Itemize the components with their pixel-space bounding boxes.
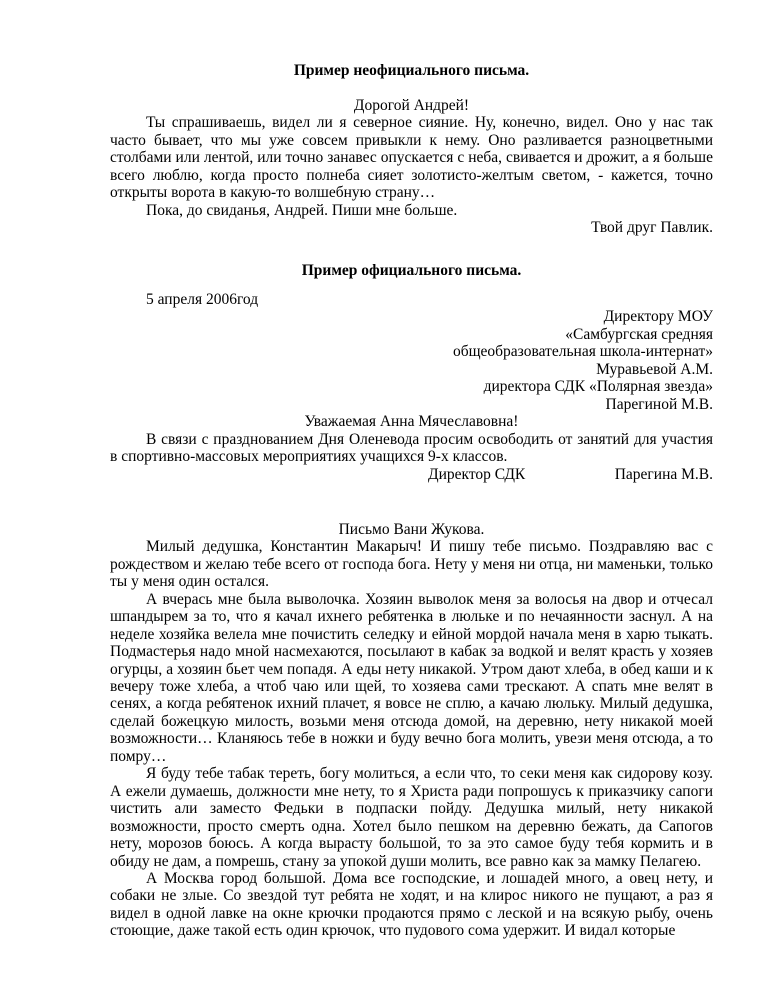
- official-letter-salutation: Уважаемая Анна Мячеславовна!: [110, 413, 713, 430]
- recipient-line: Директору МОУ: [110, 308, 713, 325]
- vanka-letter-paragraph: Я буду тебе табак тереть, богу молиться,…: [110, 765, 713, 870]
- official-letter-section: Пример официального письма. 5 апреля 200…: [110, 262, 713, 483]
- informal-letter-closing: Пока, до свиданья, Андрей. Пиши мне боль…: [110, 202, 713, 219]
- informal-letter-body: Ты спрашиваешь, видел ли я северное сиян…: [110, 114, 713, 201]
- recipient-line: Парегиной М.В.: [110, 396, 713, 413]
- recipient-line: «Самбургская средняя: [110, 326, 713, 343]
- recipient-line: общеобразовательная школа-интернат»: [110, 343, 713, 360]
- informal-letter-signature: Твой друг Павлик.: [110, 219, 713, 236]
- section-spacer: [110, 483, 713, 521]
- signature-position: Директор СДК: [428, 466, 525, 483]
- blank-line: [110, 79, 713, 96]
- informal-letter-salutation: Дорогой Андрей!: [110, 97, 713, 114]
- vanka-letter-section: Письмо Вани Жукова. Милый дедушка, Конст…: [110, 521, 713, 940]
- official-letter-date: 5 апреля 2006год: [110, 291, 713, 308]
- document-page: Пример неофициального письма. Дорогой Ан…: [0, 0, 768, 994]
- vanka-letter-title: Письмо Вани Жукова.: [110, 521, 713, 538]
- vanka-letter-paragraph: А Москва город большой. Дома все господс…: [110, 870, 713, 940]
- informal-letter-section: Пример неофициального письма. Дорогой Ан…: [110, 62, 713, 237]
- official-letter-body: В связи с празднованием Дня Оленевода пр…: [110, 431, 713, 466]
- section-spacer: [110, 237, 713, 262]
- vanka-letter-paragraph: А вчерась мне была выволочка. Хозяин выв…: [110, 591, 713, 766]
- official-letter-recipient-block: Директору МОУ «Самбургская средняя общео…: [110, 308, 713, 413]
- recipient-line: Муравьевой А.М.: [110, 361, 713, 378]
- signature-name: Парегина М.В.: [615, 466, 713, 483]
- blank-line: [110, 279, 713, 291]
- official-letter-signature-row: Директор СДК Парегина М.В.: [110, 466, 713, 483]
- vanka-letter-paragraph: Милый дедушка, Константин Макарыч! И пиш…: [110, 538, 713, 590]
- informal-letter-title: Пример неофициального письма.: [110, 62, 713, 79]
- recipient-line: директора СДК «Полярная звезда»: [110, 378, 713, 395]
- official-letter-title: Пример официального письма.: [110, 262, 713, 279]
